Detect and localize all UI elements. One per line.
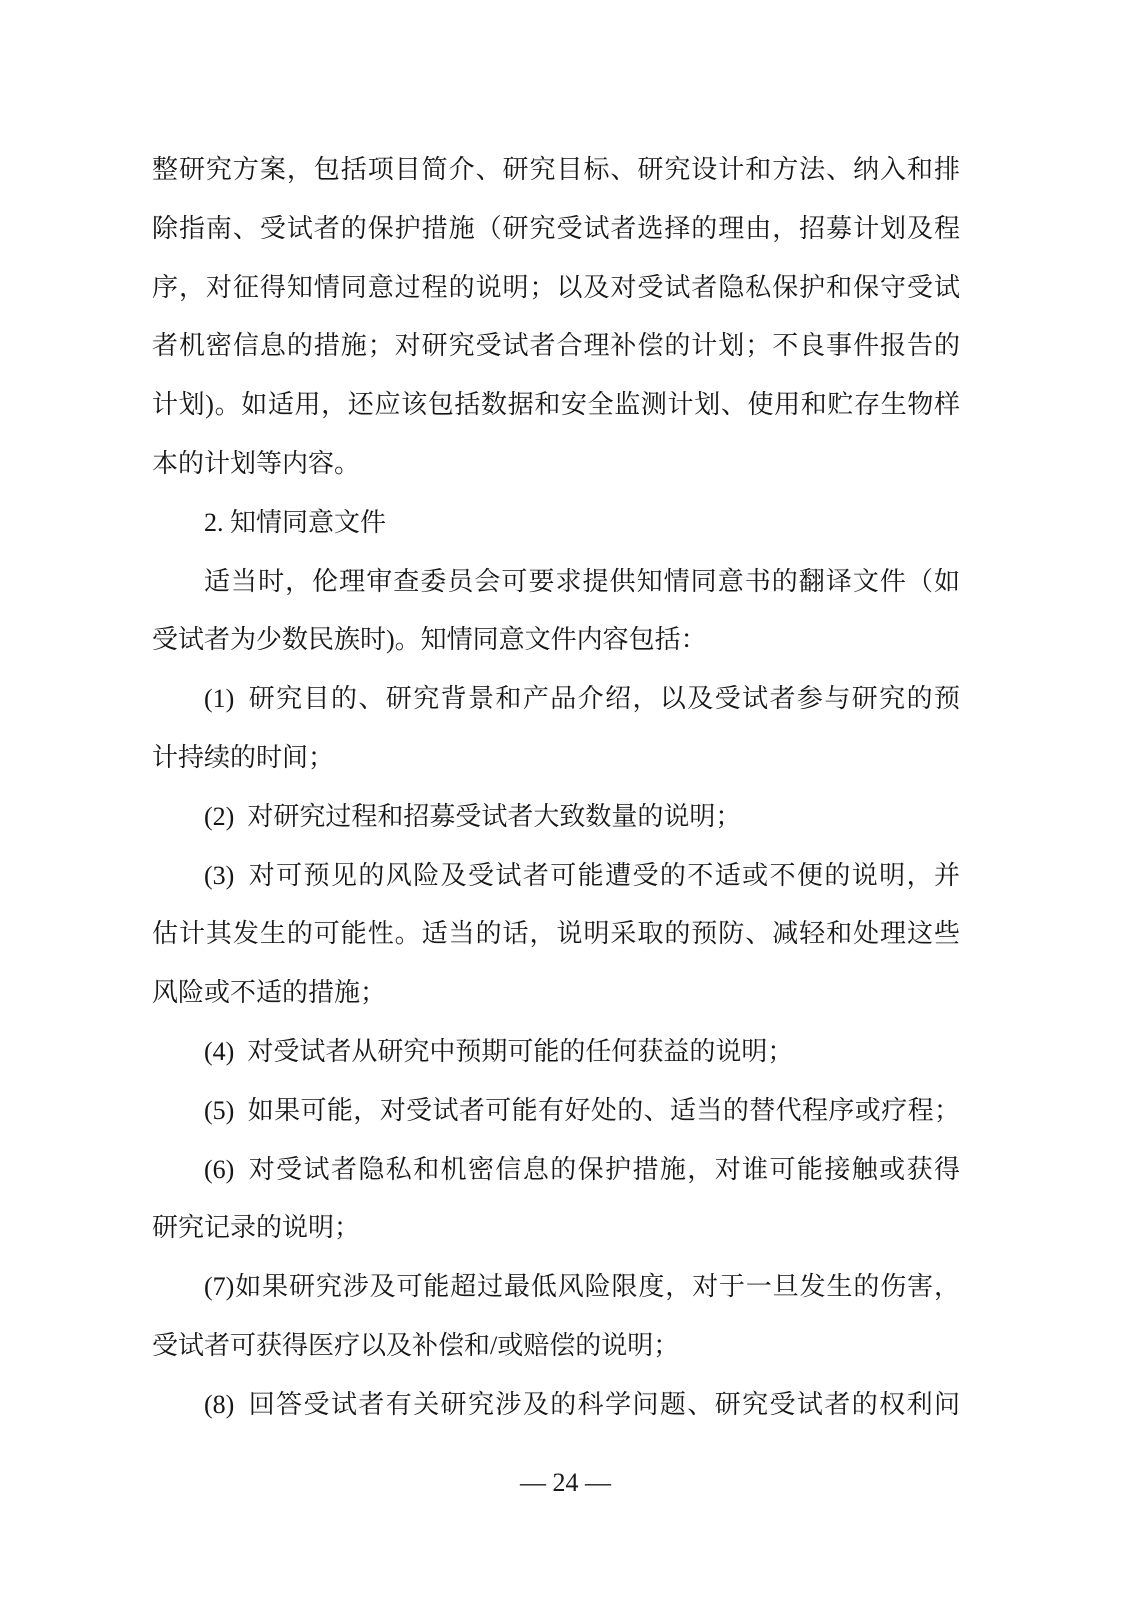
document-page: 整研究方案，包括项目简介、研究目标、研究设计和方法、纳入和排 除指南、受试者的保… bbox=[0, 0, 1131, 1600]
body-text-block: 整研究方案，包括项目简介、研究目标、研究设计和方法、纳入和排 除指南、受试者的保… bbox=[152, 141, 960, 1435]
page-footer: — 24 — bbox=[0, 1468, 1131, 1498]
list-item-line: (4) 对受试者从研究中预期可能的任何获益的说明； bbox=[152, 1023, 960, 1082]
text-line: 者机密信息的措施；对研究受试者合理补偿的计划；不良事件报告的 bbox=[152, 317, 960, 376]
text-line: 本的计划等内容。 bbox=[152, 435, 960, 494]
list-item-line: (6) 对受试者隐私和机密信息的保护措施，对谁可能接触或获得 bbox=[152, 1141, 960, 1200]
text-line: 研究记录的说明； bbox=[152, 1199, 960, 1258]
page-number: — 24 — bbox=[520, 1468, 611, 1497]
text-line: 除指南、受试者的保护措施（研究受试者选择的理由，招募计划及程 bbox=[152, 200, 960, 259]
list-item-line: (1) 研究目的、研究背景和产品介绍，以及受试者参与研究的预 bbox=[152, 670, 960, 729]
list-item-line: (2) 对研究过程和招募受试者大致数量的说明； bbox=[152, 788, 960, 847]
text-line: 适当时，伦理审查委员会可要求提供知情同意书的翻译文件（如 bbox=[152, 553, 960, 612]
list-item-line: (3) 对可预见的风险及受试者可能遭受的不适或不便的说明，并 bbox=[152, 847, 960, 906]
section-heading-line: 2. 知情同意文件 bbox=[152, 494, 960, 553]
text-line: 序，对征得知情同意过程的说明；以及对受试者隐私保护和保守受试 bbox=[152, 259, 960, 318]
text-line: 整研究方案，包括项目简介、研究目标、研究设计和方法、纳入和排 bbox=[152, 141, 960, 200]
list-item-line: (5) 如果可能，对受试者可能有好处的、适当的替代程序或疗程； bbox=[152, 1082, 960, 1141]
text-line: 风险或不适的措施； bbox=[152, 964, 960, 1023]
text-line: 受试者为少数民族时)。知情同意文件内容包括： bbox=[152, 611, 960, 670]
text-line: 估计其发生的可能性。适当的话，说明采取的预防、减轻和处理这些 bbox=[152, 905, 960, 964]
text-line: 计持续的时间； bbox=[152, 729, 960, 788]
text-line: 受试者可获得医疗以及补偿和/或赔偿的说明； bbox=[152, 1317, 960, 1376]
text-line: 计划)。如适用，还应该包括数据和安全监测计划、使用和贮存生物样 bbox=[152, 376, 960, 435]
list-item-line: (8) 回答受试者有关研究涉及的科学问题、研究受试者的权利问 bbox=[152, 1376, 960, 1435]
list-item-line: (7)如果研究涉及可能超过最低风险限度，对于一旦发生的伤害， bbox=[152, 1258, 960, 1317]
